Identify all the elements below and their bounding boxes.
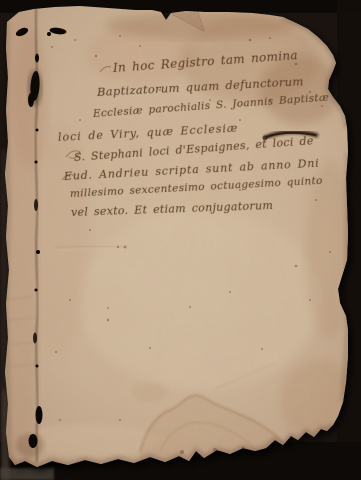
lower-pages-edge — [0, 468, 54, 480]
manuscript-artwork — [0, 0, 361, 480]
manuscript-scan-page: In hoc Registro tam nomina Baptizatorum … — [0, 0, 361, 480]
